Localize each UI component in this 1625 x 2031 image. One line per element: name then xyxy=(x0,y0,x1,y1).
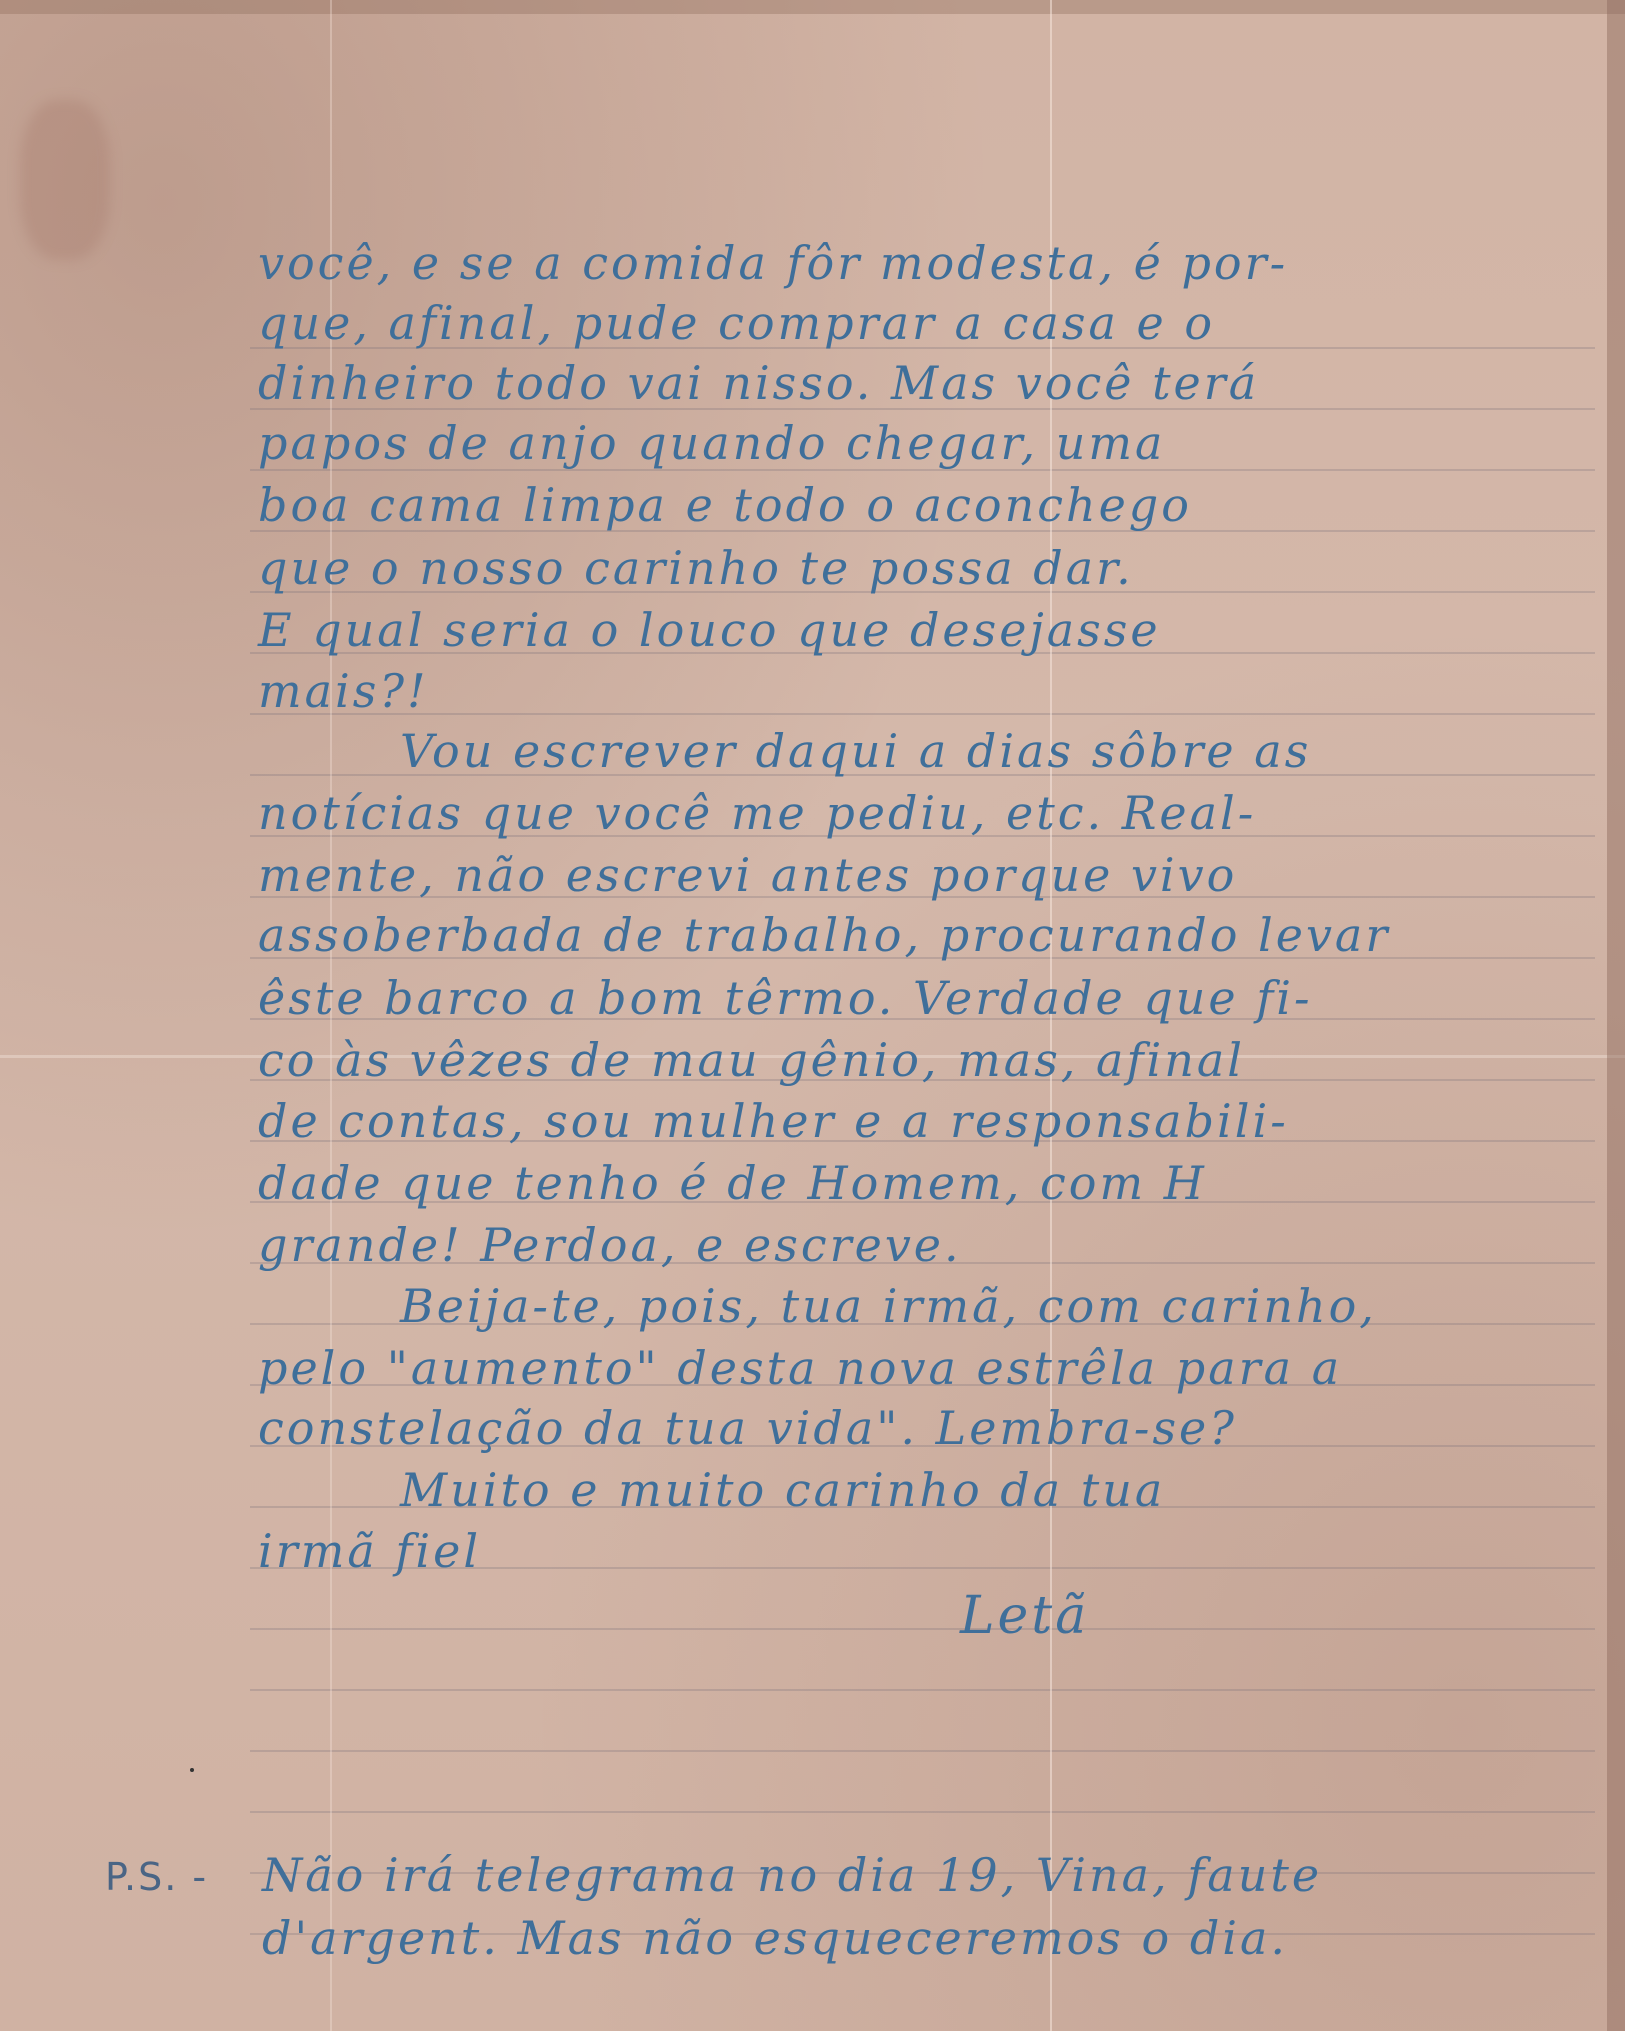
signature: Letã xyxy=(960,1590,1089,1642)
letter-line: que o nosso carinho te possa dar. xyxy=(258,545,1134,591)
letter-line: êste barco a bom têrmo. Verdade que fi- xyxy=(258,975,1313,1021)
letter-line: você, e se a comida fôr modesta, é por- xyxy=(258,240,1288,286)
letter-line: dade que tenho é de Homem, com H xyxy=(258,1160,1207,1206)
letter-line: boa cama limpa e todo o aconchego xyxy=(258,482,1192,528)
closing-line: Muito e muito carinho da tua xyxy=(400,1467,1165,1513)
letter-line: constelação da tua vida". Lembra-se? xyxy=(258,1405,1237,1451)
closing-line: irmã fiel xyxy=(258,1528,481,1574)
postscript-line: d'argent. Mas não esqueceremos o dia. xyxy=(262,1915,1288,1961)
letter-line: grande! Perdoa, e escreve. xyxy=(258,1222,962,1268)
paragraph-start-line: Beija-te, pois, tua irmã, com carinho, xyxy=(400,1283,1377,1329)
postscript-label: P.S. - xyxy=(105,1858,208,1896)
letter-line: mente, não escrevi antes porque vivo xyxy=(258,852,1237,898)
letter-line: dinheiro todo vai nisso. Mas você terá xyxy=(258,360,1259,406)
letter-line: co às vêzes de mau gênio, mas, afinal xyxy=(258,1037,1245,1083)
letter-line: de contas, sou mulher e a responsabili- xyxy=(258,1098,1289,1144)
paper-top-edge xyxy=(0,0,1625,14)
ink-dot xyxy=(190,1768,194,1772)
letter-line: que, afinal, pude comprar a casa e o xyxy=(258,300,1215,346)
letter-line: pelo "aumento" desta nova estrêla para a xyxy=(258,1345,1342,1391)
letter-line: papos de anjo quando chegar, uma xyxy=(258,420,1165,466)
letter-page: você, e se a comida fôr modesta, é por- … xyxy=(0,0,1625,2031)
letter-line: E qual seria o louco que desejasse xyxy=(258,607,1161,653)
letter-line: notícias que você me pediu, etc. Real- xyxy=(258,790,1256,836)
paper-stain xyxy=(20,100,110,260)
postscript-line: Não irá telegrama no dia 19, Vina, faute xyxy=(262,1852,1322,1898)
letter-line: mais?! xyxy=(258,668,429,714)
paper-right-edge xyxy=(1607,0,1625,2031)
letter-line: assoberbada de trabalho, procurando leva… xyxy=(258,912,1390,958)
paragraph-start-line: Vou escrever daqui a dias sôbre as xyxy=(400,728,1311,774)
